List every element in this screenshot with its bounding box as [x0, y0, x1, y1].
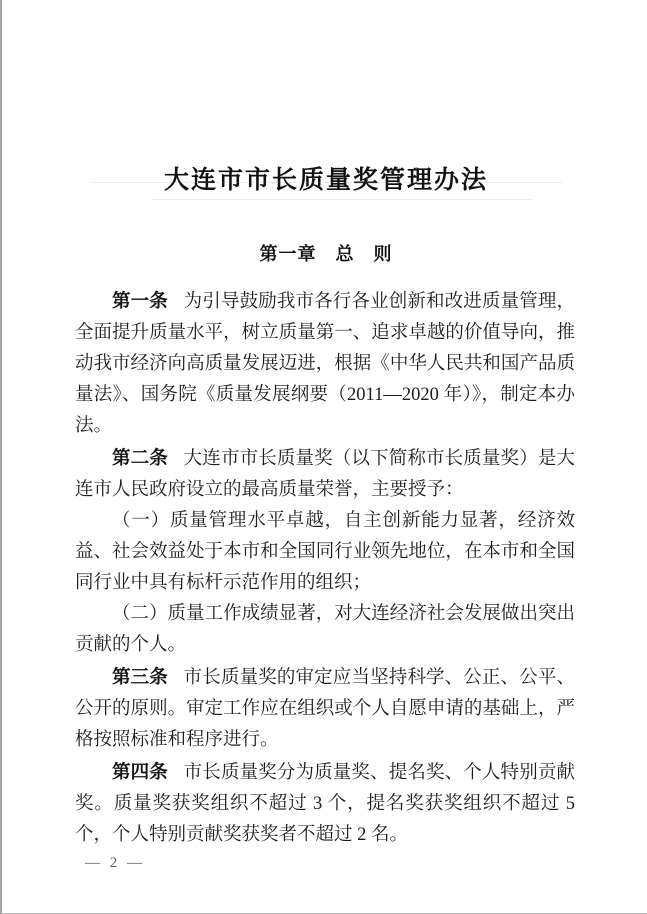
article-1-label: 第一条 — [112, 290, 168, 311]
article-1-text: 为引导鼓励我市各行各业创新和改进质量管理，全面提升质量水平，树立质量第一、追求卓… — [75, 292, 575, 436]
paragraph-article-4: 第四条市长质量奖分为质量奖、提名奖、个人特别贡献奖。质量奖获奖组织不超过 3 个… — [75, 756, 575, 851]
article-3-label: 第三条 — [112, 666, 168, 687]
article-4-label: 第四条 — [112, 761, 168, 782]
document-body: 第一条为引导鼓励我市各行各业创新和改进质量管理，全面提升质量水平，树立质量第一、… — [75, 285, 575, 851]
paragraph-article-2: 第二条大连市市长质量奖（以下简称市长质量奖）是大连市人民政府设立的最高质量荣誉，… — [75, 442, 575, 506]
item-1-text: （一）质量管理水平卓越，自主创新能力显著，经济效益、社会效益处于本市和全国同行业… — [75, 511, 575, 593]
page-content: 大连市市长质量奖管理办法 第一章 总 则 第一条为引导鼓励我市各行各业创新和改进… — [2, 0, 647, 872]
document-page: 大连市市长质量奖管理办法 第一章 总 则 第一条为引导鼓励我市各行各业创新和改进… — [0, 0, 647, 914]
document-title: 大连市市长质量奖管理办法 — [75, 166, 577, 196]
paragraph-item-1: （一）质量管理水平卓越，自主创新能力显著，经济效益、社会效益处于本市和全国同行业… — [75, 506, 575, 599]
paragraph-article-3: 第三条市长质量奖的审定应当坚持科学、公正、公平、公开的原则。审定工作应在组织或个… — [75, 661, 575, 756]
paragraph-item-2: （二）质量工作成绩显著，对大连经济社会发展做出突出贡献的个人。 — [75, 599, 575, 661]
paragraph-article-1: 第一条为引导鼓励我市各行各业创新和改进质量管理，全面提升质量水平，树立质量第一、… — [75, 285, 575, 442]
article-2-label: 第二条 — [112, 447, 168, 468]
page-number: — 2 — — [85, 855, 577, 872]
item-2-text: （二）质量工作成绩显著，对大连经济社会发展做出突出贡献的个人。 — [75, 604, 575, 655]
chapter-heading: 第一章 总 则 — [75, 241, 577, 267]
